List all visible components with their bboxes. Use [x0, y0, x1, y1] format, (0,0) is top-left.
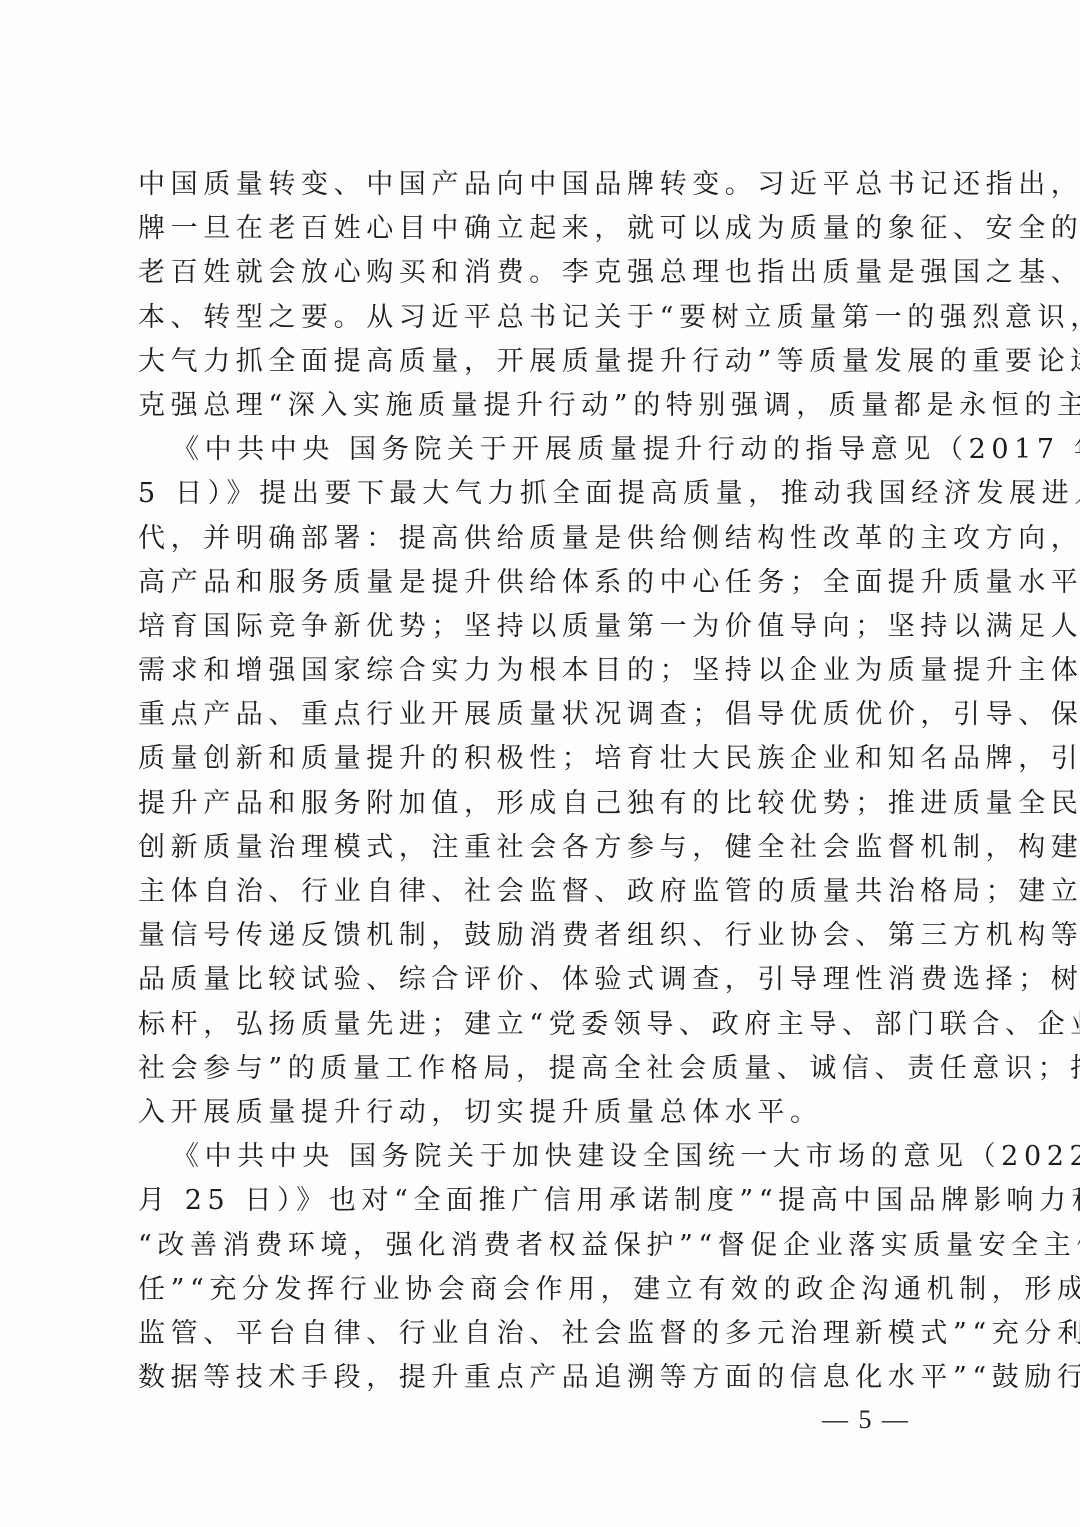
text-line: 需求和增强国家综合实力为根本目的；坚持以企业为质量提升主体；围绕	[138, 649, 944, 693]
text-line: 社会参与”的质量工作格局，提高全社会质量、诚信、责任意识；持续深	[138, 1047, 944, 1091]
text-line: 月 25 日）》也对“全面推广信用承诺制度”“提高中国品牌影响力和认知度”	[138, 1179, 944, 1223]
text-line: 本、转型之要。从习近平总书记关于“要树立质量第一的强烈意识，下最	[138, 296, 944, 340]
text-line: 代，并明确部署：提高供给质量是供给侧结构性改革的主攻方向，全面提	[138, 517, 944, 561]
text-line: 重点产品、重点行业开展质量状况调查；倡导优质优价，引导、保护企业	[138, 693, 944, 737]
text-line: 数据等技术手段，提升重点产品追溯等方面的信息化水平”“鼓励行业	[138, 1356, 944, 1400]
text-line: 提升产品和服务附加值，形成自己独有的比较优势；推进质量全民共治，	[138, 782, 944, 826]
text-line: 克强总理“深入实施质量提升行动”的特别强调，质量都是永恒的主题。	[138, 384, 944, 428]
text-line: 创新质量治理模式，注重社会各方参与，健全社会监督机制，构建以市场	[138, 826, 944, 870]
text-line: 高产品和服务质量是提升供给体系的中心任务；全面提升质量水平，加快	[138, 561, 944, 605]
text-line: 大气力抓全面提高质量，开展质量提升行动”等质量发展的重要论述及李	[138, 340, 944, 384]
document-body: 中国质量转变、中国产品向中国品牌转变。习近平总书记还指出，一个品 牌一旦在老百姓…	[138, 163, 944, 1400]
text-line: 标杆，弘扬质量先进；建立“党委领导、政府主导、部门联合、企业主责、	[138, 1003, 944, 1047]
text-line: 监管、平台自律、行业自治、社会监督的多元治理新模式”“充分利用大	[138, 1312, 944, 1356]
text-line: 老百姓就会放心购买和消费。李克强总理也指出质量是强国之基、立业之	[138, 251, 944, 295]
document-page: 中国质量转变、中国产品向中国品牌转变。习近平总书记还指出，一个品 牌一旦在老百姓…	[0, 0, 1080, 1527]
text-line: 牌一旦在老百姓心目中确立起来，就可以成为质量的象征、安全的象征，	[138, 207, 944, 251]
text-line: 主体自治、行业自律、社会监督、政府监管的质量共治格局；建立完善质	[138, 870, 944, 914]
text-line: 《中共中央 国务院关于加快建设全国统一大市场的意见（2022 年 3	[138, 1135, 944, 1179]
text-line: 入开展质量提升行动，切实提升质量总体水平。	[138, 1091, 944, 1135]
text-line: 量信号传递反馈机制，鼓励消费者组织、行业协会、第三方机构等开展产	[138, 914, 944, 958]
text-line: 5 日）》提出要下最大气力抓全面提高质量，推动我国经济发展进入质量时	[138, 472, 944, 516]
text-line: 任”“充分发挥行业协会商会作用，建立有效的政企沟通机制，形成政府	[138, 1268, 944, 1312]
text-line: 中国质量转变、中国产品向中国品牌转变。习近平总书记还指出，一个品	[138, 163, 944, 207]
page-number: — 5 —	[822, 1405, 910, 1435]
text-line: 《中共中央 国务院关于开展质量提升行动的指导意见（2017 年 9 月	[138, 428, 944, 472]
text-line: “改善消费环境，强化消费者权益保护”“督促企业落实质量安全主体责	[138, 1224, 944, 1268]
text-line: 培育国际竞争新优势；坚持以质量第一为价值导向；坚持以满足人民群众	[138, 605, 944, 649]
text-line: 质量创新和质量提升的积极性；培育壮大民族企业和知名品牌，引导企业	[138, 737, 944, 781]
text-line: 品质量比较试验、综合评价、体验式调查，引导理性消费选择；树立质量	[138, 958, 944, 1002]
